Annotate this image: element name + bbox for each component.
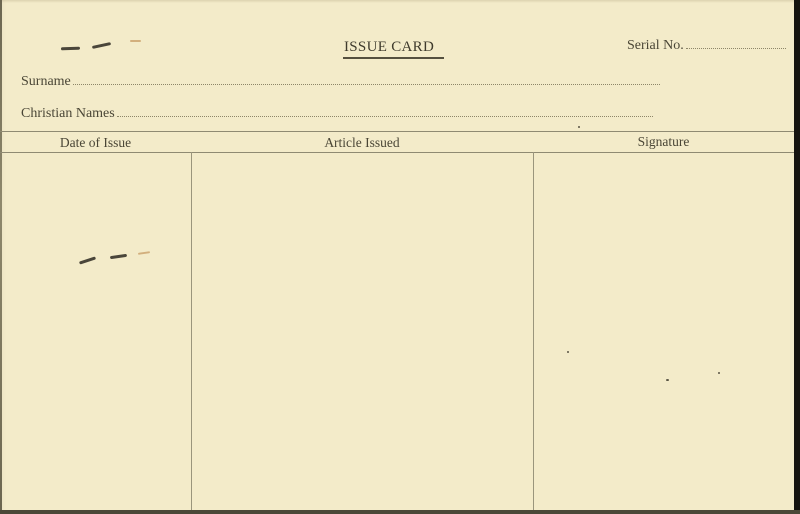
table-top-rule — [0, 131, 794, 132]
date-of-issue-column[interactable] — [0, 153, 191, 510]
speck — [666, 379, 669, 381]
christian-names-field[interactable]: Christian Names — [21, 106, 653, 122]
speck — [578, 126, 580, 128]
column-header-date-of-issue: Date of Issue — [0, 135, 191, 151]
card-bottom-edge — [0, 510, 800, 514]
surname-input-line[interactable] — [73, 83, 660, 85]
serial-number-label: Serial No. — [627, 38, 684, 54]
signature-column[interactable] — [534, 153, 794, 510]
christian-names-input-line[interactable] — [117, 115, 653, 117]
surname-label: Surname — [21, 74, 71, 90]
issue-card: ISSUE CARD Serial No. Surname Christian … — [0, 0, 794, 510]
staple-mark — [61, 47, 80, 51]
column-header-signature: Signature — [533, 134, 794, 150]
column-header-article-issued: Article Issued — [191, 135, 533, 151]
serial-number-field[interactable]: Serial No. — [627, 38, 786, 54]
speck — [718, 372, 720, 374]
card-title: ISSUE CARD — [344, 39, 434, 56]
rust-mark — [130, 40, 141, 42]
title-underline — [343, 57, 444, 59]
serial-number-input-line[interactable] — [686, 47, 786, 49]
christian-names-label: Christian Names — [21, 106, 115, 122]
staple-mark — [92, 42, 111, 49]
speck — [567, 351, 569, 353]
surname-field[interactable]: Surname — [21, 74, 660, 90]
card-right-edge — [794, 0, 800, 514]
article-issued-column[interactable] — [192, 153, 533, 510]
